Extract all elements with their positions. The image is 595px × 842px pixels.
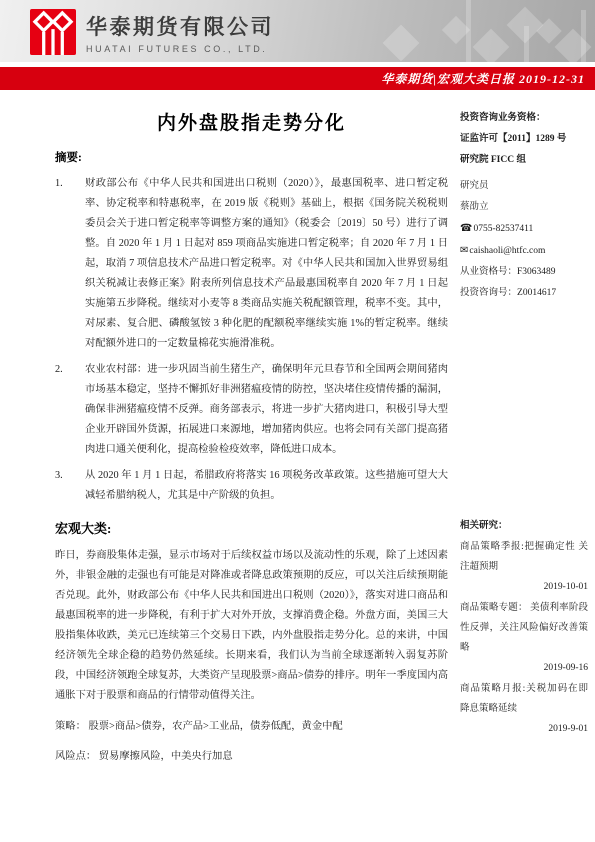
qualification-title: 投资咨询业务资格： <box>460 108 588 129</box>
summary-item-text: 财政部公布《中华人民共和国进出口税则（2020）》，最惠国税率、进口暂定税率、协… <box>85 174 448 354</box>
related-item-date: 2019-09-16 <box>460 658 588 678</box>
company-name-en: HUATAI FUTURES CO., LTD. <box>86 44 274 54</box>
page-header: 华泰期货有限公司 HUATAI FUTURES CO., LTD. <box>0 0 595 62</box>
header-pattern-diamond <box>473 29 510 62</box>
summary-item-number: 3. <box>55 466 85 506</box>
summary-list: 1. 财政部公布《中华人民共和国进出口税则（2020）》，最惠国税率、进口暂定税… <box>55 174 448 506</box>
report-banner: 华泰期货|宏观大类日报 2019-12-31 <box>0 67 595 90</box>
macro-section-body: 昨日，券商股集体走强，显示市场对于后续权益市场以及流动性的乐观，除了上述因素外，… <box>55 546 448 706</box>
macro-section-heading: 宏观大类: <box>55 518 448 537</box>
strategy-line: 策略： 股票>商品>债券，农产品>工业品，债券低配，黄金中配 <box>55 717 448 736</box>
risk-text: 贸易摩擦风险，中美央行加息 <box>99 751 233 762</box>
email-address[interactable]: caishaoli@htfc.com <box>469 246 545 256</box>
phone-number: 0755-82537411 <box>473 224 533 234</box>
strategy-label: 策略： <box>55 721 86 732</box>
advisory-number-line: 投资咨询号：Z0014617 <box>460 283 588 304</box>
summary-item: 2. 农业农村部：进一步巩固当前生猪生产，确保明年元旦春节和全国两会期间猪肉市场… <box>55 360 448 460</box>
header-pattern-diamond <box>383 25 420 62</box>
advisory-number: Z0014617 <box>517 288 556 298</box>
related-item-date: 2019-9-01 <box>460 719 588 739</box>
researcher-name: 蔡劭立 <box>460 197 588 218</box>
summary-item: 3. 从 2020 年 1 月 1 日起，希腊政府将落实 16 项税务改革政策。… <box>55 466 448 506</box>
info-sidebar: 投资咨询业务资格： 证监许可【2011】1289 号 研究院 FICC 组 研究… <box>460 108 588 740</box>
risk-label: 风险点： <box>55 751 96 762</box>
strategy-text: 股票>商品>债券，农产品>工业品，债券低配，黄金中配 <box>88 721 342 732</box>
researcher-label: 研究员 <box>460 176 588 197</box>
report-page: 华泰期货有限公司 HUATAI FUTURES CO., LTD. 华泰期货|宏… <box>0 0 595 842</box>
related-item: 商品策略专题： 美债利率阶段性反弹，关注风险偏好改善策略 2019-09-16 <box>460 598 588 678</box>
risk-line: 风险点： 贸易摩擦风险，中美央行加息 <box>55 747 448 766</box>
related-research: 相关研究： 商品策略季报:把握确定性 关注超预期 2019-10-01 商品策略… <box>460 516 588 739</box>
practice-number: F3063489 <box>517 267 556 277</box>
related-item: 商品策略季报:把握确定性 关注超预期 2019-10-01 <box>460 537 588 597</box>
related-item-title: 商品策略专题： 美债利率阶段性反弹，关注风险偏好改善策略 <box>460 598 588 658</box>
summary-item-number: 2. <box>55 360 85 460</box>
summary-item-text: 农业农村部：进一步巩固当前生猪生产，确保明年元旦春节和全国两会期间猪肉市场基本稳… <box>85 360 448 460</box>
report-title: 内外盘股指走势分化 <box>55 108 448 135</box>
header-pattern-bar <box>581 10 586 62</box>
summary-item-number: 1. <box>55 174 85 354</box>
related-item-date: 2019-10-01 <box>460 577 588 597</box>
summary-item: 1. 财政部公布《中华人民共和国进出口税则（2020）》，最惠国税率、进口暂定税… <box>55 174 448 354</box>
company-logo: 华泰期货有限公司 HUATAI FUTURES CO., LTD. <box>30 9 274 55</box>
advisory-number-label: 投资咨询号： <box>460 288 517 298</box>
related-item-title: 商品策略月报:关税加码在即 降息策略延续 <box>460 679 588 719</box>
institute-name: 研究院 FICC 组 <box>460 150 588 171</box>
related-item-title: 商品策略季报:把握确定性 关注超预期 <box>460 537 588 577</box>
summary-heading: 摘要: <box>55 149 448 165</box>
related-item: 商品策略月报:关税加码在即 降息策略延续 2019-9-01 <box>460 679 588 739</box>
phone-icon: ☎ <box>460 223 472 234</box>
main-column: 内外盘股指走势分化 摘要: 1. 财政部公布《中华人民共和国进出口税则（2020… <box>55 90 448 766</box>
email-icon: ✉ <box>460 245 468 256</box>
banner-title-date: 华泰期货|宏观大类日报 2019-12-31 <box>381 70 585 87</box>
email-line: ✉caishaoli@htfc.com <box>460 240 588 262</box>
related-research-heading: 相关研究： <box>460 516 588 537</box>
header-pattern-bar <box>466 0 471 62</box>
qualification-number: 证监许可【2011】1289 号 <box>460 129 588 150</box>
header-pattern-bar <box>524 26 529 62</box>
summary-item-text: 从 2020 年 1 月 1 日起，希腊政府将落实 16 项税务改革政策。这些措… <box>85 466 448 506</box>
practice-number-label: 从业资格号： <box>460 267 517 277</box>
practice-number-line: 从业资格号：F3063489 <box>460 262 588 283</box>
phone-line: ☎0755-82537411 <box>460 218 588 240</box>
huatai-logo-icon <box>30 9 76 55</box>
company-name-cn: 华泰期货有限公司 <box>86 11 274 41</box>
